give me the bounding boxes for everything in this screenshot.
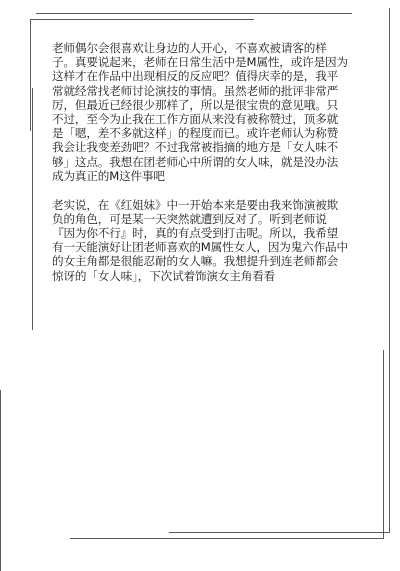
frame-left-outer xyxy=(30,19,31,131)
frame-top-outer xyxy=(36,13,352,14)
document-body: 老师偶尔会很喜欢让身边的人开心，不喜欢被请客的样子。真要说起来，老师在日常生活中… xyxy=(52,41,348,297)
paragraph: 老实说，在《红姐妹》中一开始本来是要由我来饰演被欺负的角色，可是某一天突然就遭到… xyxy=(52,198,348,283)
frame-right-outer xyxy=(389,8,390,533)
frame-top-inner xyxy=(30,19,254,20)
frame-bottom-inner xyxy=(169,532,389,533)
frame-left-edge xyxy=(0,390,1,571)
frame-right-inner xyxy=(383,350,384,539)
paragraph: 老师偶尔会很喜欢让身边的人开心，不喜欢被请客的样子。真要说起来，老师在日常生活中… xyxy=(52,41,348,183)
frame-bottom-outer xyxy=(70,538,384,539)
frame-left-inner xyxy=(32,88,33,330)
